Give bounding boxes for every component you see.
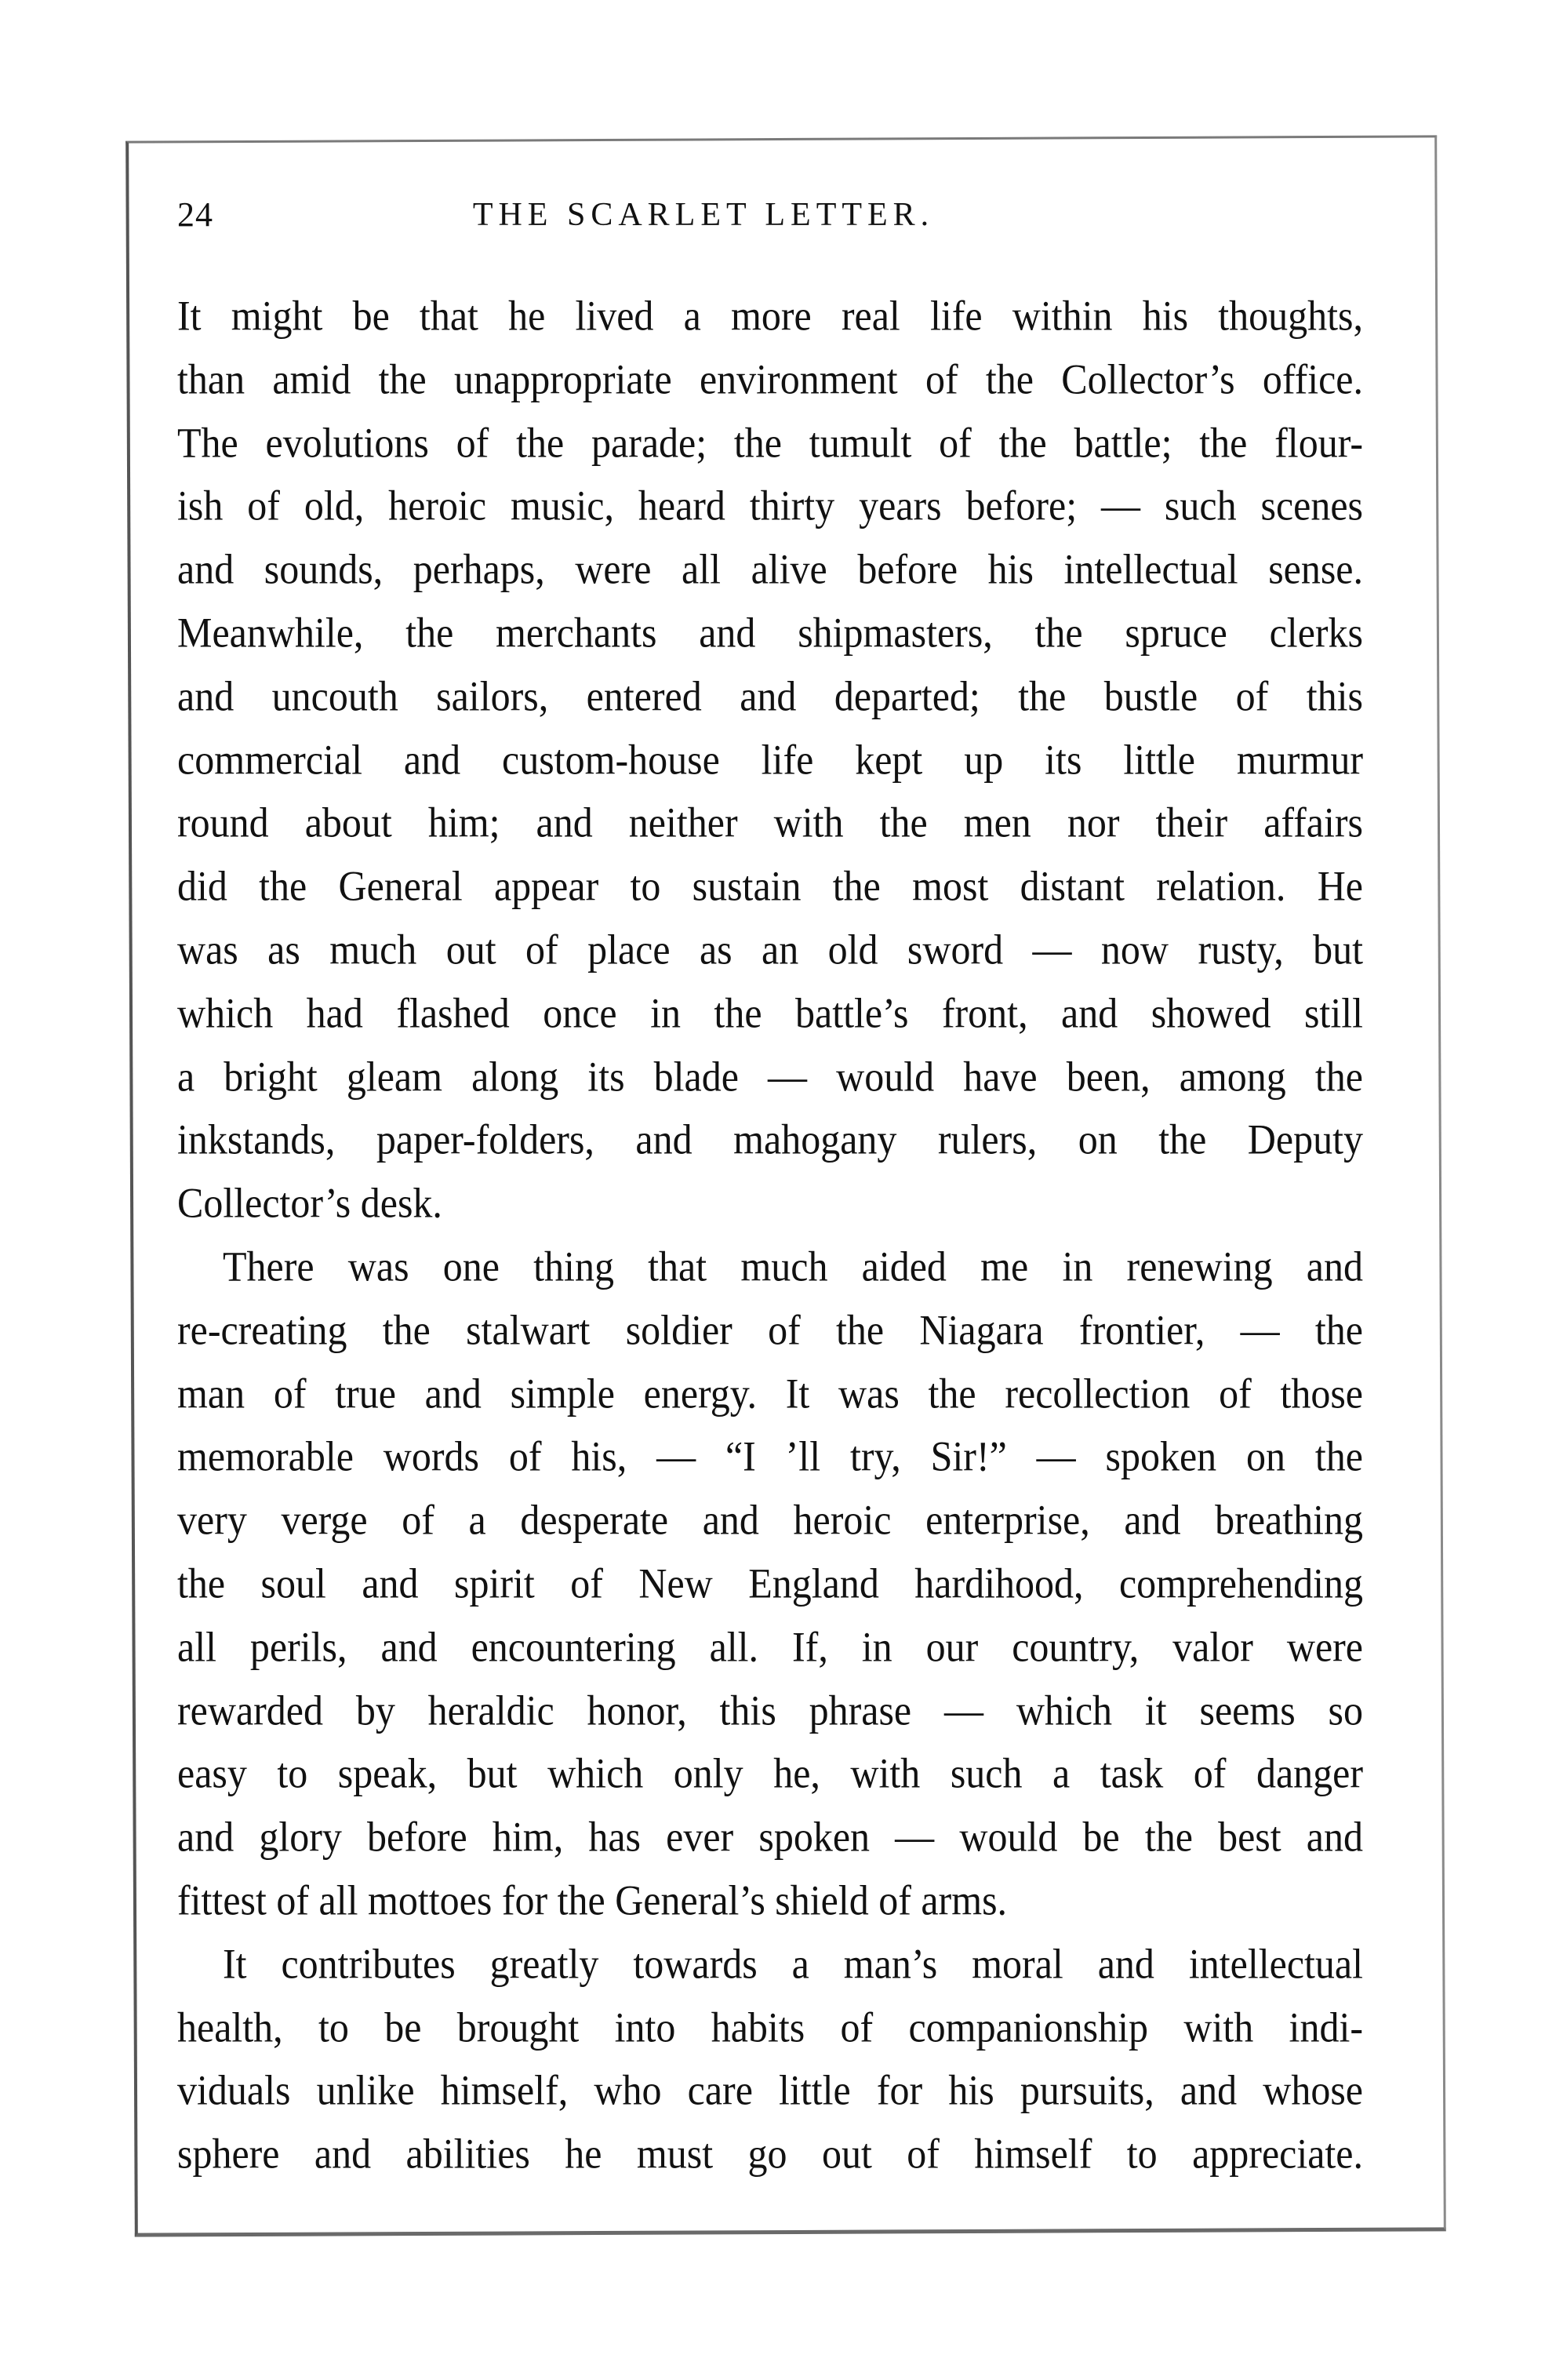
- text-line: and uncouth sailors, entered and departe…: [177, 662, 1363, 730]
- text-line: and glory before him, has ever spoken — …: [177, 1803, 1363, 1871]
- text-line: fittest of all mottoes for the General’s…: [177, 1866, 1363, 1934]
- text-line: the soul and spirit of New England hardi…: [177, 1549, 1363, 1618]
- running-title: THE SCARLET LETTER.: [177, 191, 1363, 238]
- text-line: was as much out of place as an old sword…: [177, 915, 1363, 984]
- text-line: Collector’s desk.: [177, 1169, 1363, 1237]
- text-line: than amid the unappropriate environment …: [177, 345, 1363, 413]
- text-line: There was one thing that much aided me i…: [177, 1232, 1363, 1301]
- text-line: did the General appear to sustain the mo…: [177, 852, 1363, 920]
- text-line: very verge of a desperate and heroic ent…: [177, 1486, 1363, 1554]
- text-line: which had flashed once in the battle’s f…: [177, 979, 1363, 1047]
- text-line: man of true and simple energy. It was th…: [177, 1359, 1363, 1427]
- text-line: easy to speak, but which only he, with s…: [177, 1739, 1363, 1807]
- text-line: It might be that he lived a more real li…: [177, 282, 1363, 350]
- text-line: rewarded by heraldic honor, this phrase …: [177, 1676, 1363, 1744]
- text-line: It contributes greatly towards a man’s m…: [177, 1929, 1363, 1997]
- text-line: re-creating the stalwart soldier of the …: [177, 1296, 1363, 1364]
- text-line: viduals unlike himself, who care little …: [177, 2056, 1363, 2124]
- text-line: and sounds, perhaps, were all alive befo…: [177, 535, 1363, 603]
- text-line: health, to be brought into habits of com…: [177, 1992, 1363, 2061]
- text-line: inkstands, paper-folders, and mahogany r…: [177, 1105, 1363, 1174]
- paragraph-1: It might be that he lived a more real li…: [177, 284, 1363, 1235]
- body-text: It might be that he lived a more real li…: [177, 284, 1363, 2185]
- text-line: a bright gleam along its blade — would h…: [177, 1042, 1363, 1110]
- running-head: 24 THE SCARLET LETTER.: [177, 191, 1363, 238]
- text-line: The evolutions of the parade; the tumult…: [177, 408, 1363, 476]
- text-line: round about him; and neither with the me…: [177, 788, 1363, 857]
- paragraph-2: There was one thing that much aided me i…: [177, 1235, 1363, 1932]
- text-line: ish of old, heroic music, heard thirty y…: [177, 471, 1363, 540]
- text-line: commercial and custom-house life kept up…: [177, 725, 1363, 793]
- text-line: sphere and abilities he must go out of h…: [177, 2120, 1363, 2188]
- text-line: all perils, and encountering all. If, in…: [177, 1613, 1363, 1681]
- text-line: Meanwhile, the merchants and shipmasters…: [177, 599, 1363, 667]
- text-line: memorable words of his, — “I ’ll try, Si…: [177, 1422, 1363, 1490]
- paragraph-3: It contributes greatly towards a man’s m…: [177, 1932, 1363, 2185]
